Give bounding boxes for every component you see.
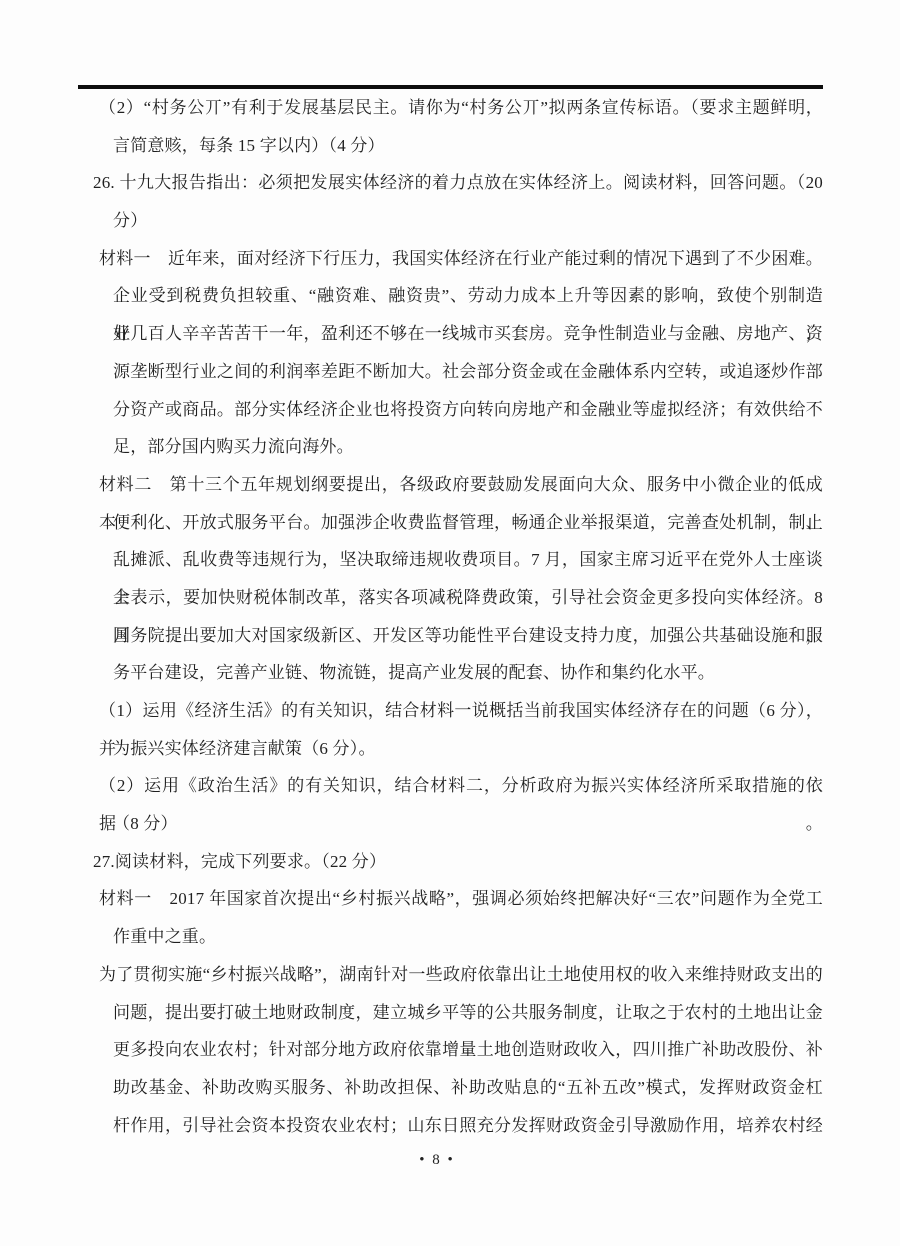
- text-line: 分）: [93, 202, 823, 240]
- text-line: 为了贯彻实施“乡村振兴战略”，湖南针对一些政府依靠出让土地使用权的收入来维持财政…: [93, 956, 823, 994]
- text-line: 材料一 近年来，面对经济下行压力，我国实体经济在行业产能过剩的情况下遇到了不少困…: [93, 240, 823, 278]
- text-line: 助改基金、补助改购买服务、补助改担保、补助改贴息的“五补五改”模式，发挥财政资金…: [93, 1069, 823, 1107]
- text-line: 足，部分国内购买力流向海外。: [93, 428, 823, 466]
- text-line: 务平台建设，完善产业链、物流链，提高产业发展的配套、协作和集约化水平。: [93, 654, 823, 692]
- text-line: 26. 十九大报告指出：必须把发展实体经济的着力点放在实体经济上。阅读材料，回答…: [93, 164, 823, 202]
- text-line: 材料二 第十三个五年规划纲要提出，各级政府要鼓励发展面向大众、服务中小微企业的低…: [93, 466, 823, 504]
- text-line: （1）运用《经济生活》的有关知识，结合材料一说概括当前我国实体经济存在的问题（6…: [93, 692, 823, 730]
- text-line: 问题，提出要打破土地财政制度，建立城乡平等的公共服务制度，让取之于农村的土地出让…: [93, 994, 823, 1032]
- text-line: 乱摊派、乱收费等违规行为，坚决取缔违规收费项目。7 月，国家主席习近平在党外人士…: [93, 541, 823, 579]
- text-line: 企业受到税费负担较重、“融资难、融资贵”、劳动力成本上升等因素的影响，致使个别制…: [93, 277, 823, 315]
- text-line: （2）运用《政治生活》的有关知识，结合材料二，分析政府为振兴实体经济所采取措施的…: [93, 767, 823, 805]
- text-line: 分资产或商品。部分实体经济企业也将投资方向转向房地产和金融业等虚拟经济；有效供给…: [93, 391, 823, 429]
- text-line: 源垄断型行业之间的利润率差距不断加大。社会部分资金或在金融体系内空转，或追逐炒作…: [93, 353, 823, 391]
- text-line: 言简意赅，每条 15 字以内）（4 分）: [93, 127, 823, 165]
- text-line: 杆作用，引导社会资本投资农业农村；山东日照充分发挥财政资金引导激励作用，培养农村…: [93, 1107, 823, 1145]
- text-line: 为振兴实体经济建言献策（6 分）。: [93, 730, 823, 768]
- text-line: 便利化、开放式服务平台。加强涉企收费监督管理，畅通企业举报渠道，完善查处机制，制…: [93, 504, 823, 542]
- text-line: 上表示，要加快财税体制改革，落实各项减税降费政策，引导社会资金更多投向实体经济。…: [93, 579, 823, 617]
- document-body: （2）“村务公丌”有利于发展基层民主。请你为“村务公丌”拟两条宣传标语。（要求主…: [93, 89, 823, 1144]
- page-number: • 8 •: [0, 1152, 874, 1169]
- text-line: 材料一 2017 年国家首次提出“乡村振兴战略”，强调必须始终把解决好“三农”问…: [93, 880, 823, 918]
- text-line: 更多投向农业农村；针对部分地方政府依靠增量土地创造财政收入，四川推广补助改股份、…: [93, 1031, 823, 1069]
- exam-page: （2）“村务公丌”有利于发展基层民主。请你为“村务公丌”拟两条宣传标语。（要求主…: [0, 0, 900, 1246]
- text-line: （2）“村务公丌”有利于发展基层民主。请你为“村务公丌”拟两条宣传标语。（要求主…: [93, 89, 823, 127]
- text-line: 作重中之重。: [93, 918, 823, 956]
- text-line: 27.阅读材料，完成下列要求。（22 分）: [93, 843, 823, 881]
- text-line: 国务院提出要加大对国家级新区、开发区等功能性平台建设支持力度，加强公共基础设施和…: [93, 617, 823, 655]
- text-line: 好几百人辛辛苦苦干一年，盈利还不够在一线城市买套房。竞争性制造业与金融、房地产、…: [93, 315, 823, 353]
